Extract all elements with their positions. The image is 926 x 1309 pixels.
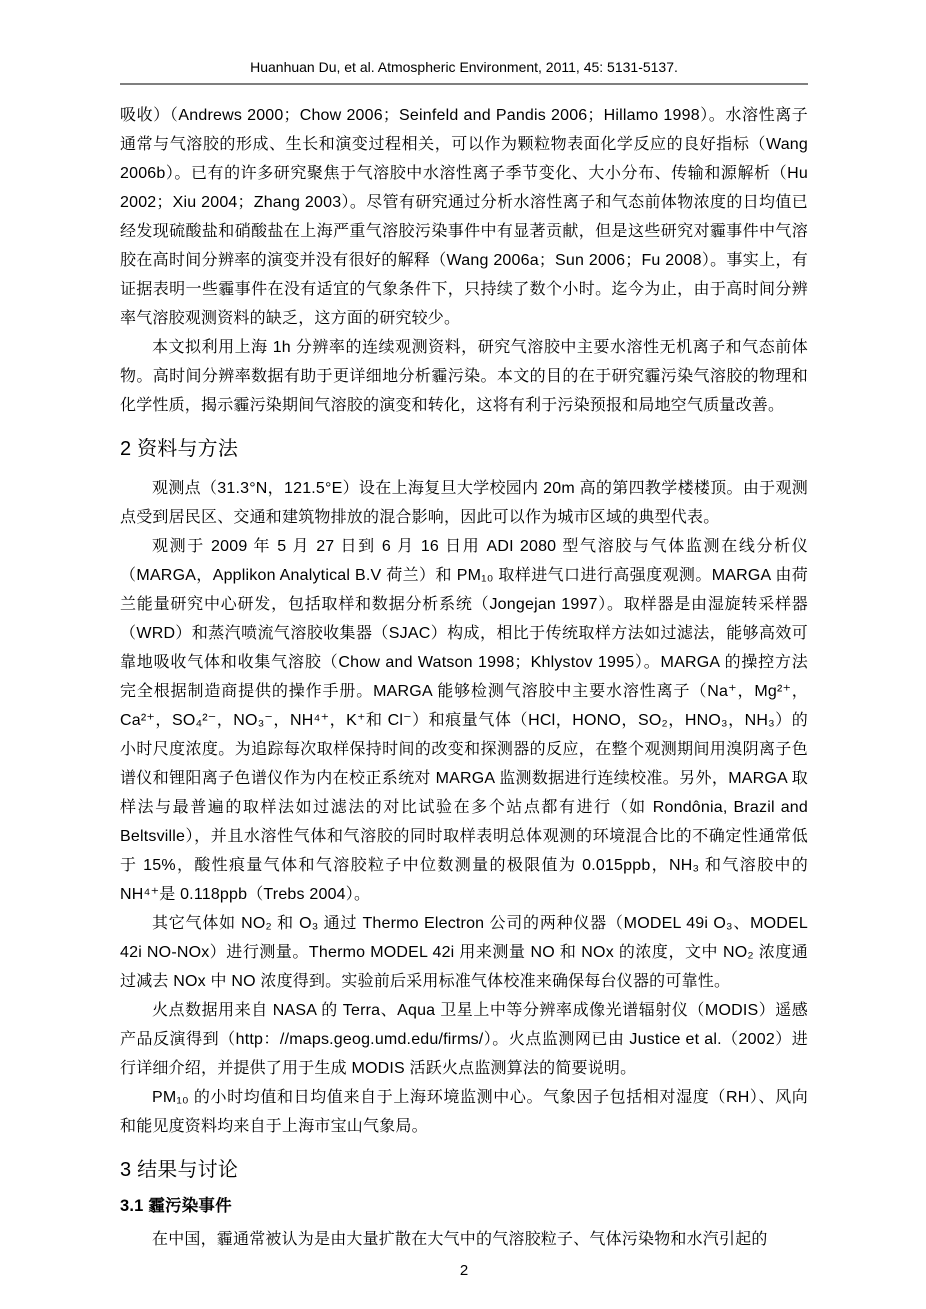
document-body: 吸收）（Andrews 2000；Chow 2006；Seinfeld and … xyxy=(120,101,808,1254)
section-heading-data-methods: 2 资料与方法 xyxy=(120,436,808,462)
header-divider xyxy=(120,83,808,85)
paragraph-pm10-data: PM₁₀ 的小时均值和日均值来自于上海环境监测中心。气象因子包括相对湿度（RH）… xyxy=(120,1083,808,1141)
paragraph-study-purpose: 本文拟利用上海 1h 分辨率的连续观测资料，研究气溶胶中主要水溶性无机离子和气态… xyxy=(120,333,808,420)
paragraph-fire-data: 火点数据用来自 NASA 的 Terra、Aqua 卫星上中等分辨率成像光谱辐射… xyxy=(120,996,808,1083)
paragraph-observation-site: 观测点（31.3°N，121.5°E）设在上海复旦大学校园内 20m 高的第四教… xyxy=(120,474,808,532)
page-number: 2 xyxy=(120,1260,808,1282)
document-page: Huanhuan Du, et al. Atmospheric Environm… xyxy=(0,0,926,1309)
paragraph-other-gases: 其它气体如 NO₂ 和 O₃ 通过 Thermo Electron 公司的两种仪… xyxy=(120,909,808,996)
paragraph-intro-continued: 吸收）（Andrews 2000；Chow 2006；Seinfeld and … xyxy=(120,101,808,333)
subsection-heading-haze-episodes: 3.1 霾污染事件 xyxy=(120,1195,808,1217)
header-citation: Huanhuan Du, et al. Atmospheric Environm… xyxy=(120,58,808,83)
paragraph-haze-definition: 在中国，霾通常被认为是由大量扩散在大气中的气溶胶粒子、气体污染物和水汽引起的 xyxy=(120,1225,808,1254)
section-heading-results-discussion: 3 结果与讨论 xyxy=(120,1157,808,1183)
paragraph-marga-instrument: 观测于 2009 年 5 月 27 日到 6 月 16 日用 ADI 2080 … xyxy=(120,532,808,909)
